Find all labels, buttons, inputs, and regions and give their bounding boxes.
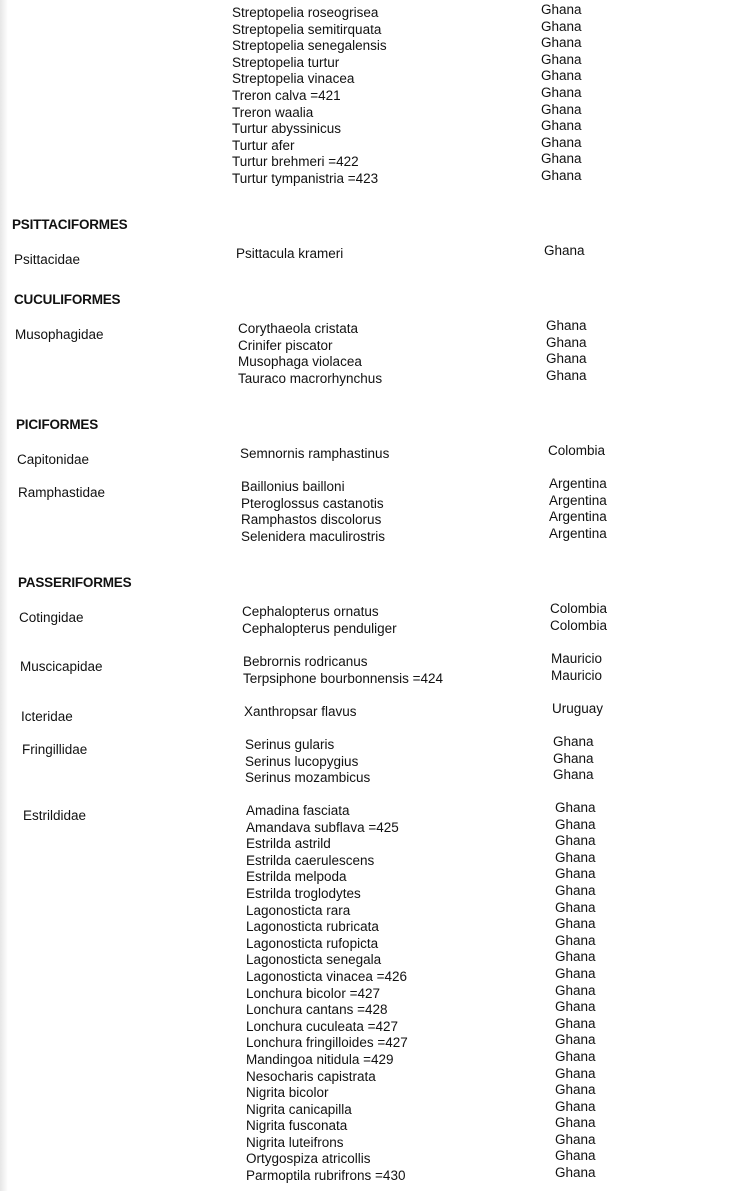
country-name: Ghana (555, 983, 596, 1000)
order-heading: PSITTACIFORMES (12, 217, 127, 232)
country-name: Ghana (541, 35, 582, 52)
country-name: Ghana (553, 734, 594, 751)
species-name: Estrilda troglodytes (246, 886, 408, 903)
country-name: Ghana (541, 151, 582, 168)
species-list: Amadina fasciataAmandava subflava =425Es… (246, 803, 408, 1185)
species-name: Nesocharis capistrata (246, 1069, 408, 1086)
species-name: Pteroglossus castanotis (241, 496, 385, 513)
order-heading: CUCULIFORMES (14, 292, 120, 307)
species-name: Lagonosticta rara (246, 903, 408, 920)
country-name: Ghana (555, 800, 596, 817)
species-name: Corythaeola cristata (238, 321, 382, 338)
country-list: Ghana (544, 243, 585, 260)
species-name: Lonchura cuculeata =427 (246, 1019, 408, 1036)
species-name: Ortygospiza atricollis (246, 1151, 408, 1168)
country-name: Ghana (555, 949, 596, 966)
country-name: Colombia (550, 618, 607, 635)
species-name: Streptopelia senegalensis (232, 38, 387, 55)
country-list: Colombia (548, 443, 605, 460)
species-name: Lonchura bicolor =427 (246, 986, 408, 1003)
species-name: Musophaga violacea (238, 354, 382, 371)
country-name: Ghana (541, 2, 582, 19)
species-name: Serinus mozambicus (245, 770, 370, 787)
country-name: Mauricio (551, 651, 602, 668)
country-name: Ghana (555, 1032, 596, 1049)
species-name: Selenidera maculirostris (241, 529, 385, 546)
country-list: Uruguay (552, 701, 603, 718)
country-name: Ghana (555, 1066, 596, 1083)
country-name: Ghana (541, 135, 582, 152)
country-list: GhanaGhanaGhanaGhana (546, 318, 587, 384)
species-name: Amandava subflava =425 (246, 820, 408, 837)
country-name: Argentina (549, 509, 607, 526)
species-name: Turtur tympanistria =423 (232, 171, 387, 188)
country-name: Ghana (555, 1132, 596, 1149)
country-name: Ghana (544, 243, 585, 260)
country-name: Argentina (549, 526, 607, 543)
species-name: Baillonius bailloni (241, 479, 385, 496)
species-name: Lonchura fringilloides =427 (246, 1035, 408, 1052)
family-label: Estrildidae (23, 808, 86, 823)
country-name: Ghana (555, 883, 596, 900)
country-name: Ghana (555, 1099, 596, 1116)
country-name: Ghana (546, 335, 587, 352)
species-name: Streptopelia turtur (232, 55, 387, 72)
species-name: Tauraco macrorhynchus (238, 371, 382, 388)
species-name: Serinus lucopygius (245, 754, 370, 771)
species-name: Semnornis ramphastinus (240, 446, 389, 463)
species-list: Psittacula krameri (236, 246, 343, 263)
country-name: Ghana (541, 68, 582, 85)
species-list: Xanthropsar flavus (244, 704, 357, 721)
species-list: Cephalopterus ornatusCephalopterus pendu… (242, 604, 397, 637)
country-name: Ghana (555, 833, 596, 850)
country-name: Ghana (555, 999, 596, 1016)
species-name: Streptopelia vinacea (232, 71, 387, 88)
country-name: Argentina (549, 493, 607, 510)
country-name: Ghana (555, 900, 596, 917)
country-list: GhanaGhanaGhanaGhanaGhanaGhanaGhanaGhana… (555, 800, 596, 1182)
species-name: Turtur abyssinicus (232, 121, 387, 138)
country-name: Ghana (546, 368, 587, 385)
species-list: Corythaeola cristataCrinifer piscatorMus… (238, 321, 382, 387)
country-name: Colombia (548, 443, 605, 460)
species-name: Serinus gularis (245, 737, 370, 754)
species-name: Estrilda caerulescens (246, 853, 408, 870)
country-list: MauricioMauricio (551, 651, 602, 684)
country-name: Ghana (553, 767, 594, 784)
species-list: Streptopelia roseogriseaStreptopelia sem… (232, 5, 387, 188)
species-name: Parmoptila rubrifrons =430 (246, 1168, 408, 1185)
species-name: Nigrita bicolor (246, 1085, 408, 1102)
species-name: Turtur brehmeri =422 (232, 154, 387, 171)
country-name: Uruguay (552, 701, 603, 718)
country-name: Ghana (541, 52, 582, 69)
species-name: Cephalopterus penduliger (242, 621, 397, 638)
country-name: Ghana (555, 817, 596, 834)
country-name: Mauricio (551, 668, 602, 685)
species-name: Mandingoa nitidula =429 (246, 1052, 408, 1069)
species-name: Treron waalia (232, 105, 387, 122)
country-name: Ghana (555, 850, 596, 867)
country-list: GhanaGhanaGhanaGhanaGhanaGhanaGhanaGhana… (541, 2, 582, 185)
order-heading: PICIFORMES (16, 417, 98, 432)
species-name: Estrilda melpoda (246, 869, 408, 886)
country-name: Colombia (550, 601, 607, 618)
species-name: Lagonosticta vinacea =426 (246, 969, 408, 986)
country-name: Argentina (549, 476, 607, 493)
country-name: Ghana (555, 1148, 596, 1165)
family-label: Muscicapidae (20, 659, 103, 674)
species-name: Ramphastos discolorus (241, 512, 385, 529)
country-name: Ghana (541, 85, 582, 102)
country-name: Ghana (555, 1165, 596, 1182)
species-name: Nigrita luteifrons (246, 1135, 408, 1152)
order-heading: PASSERIFORMES (18, 575, 131, 590)
species-name: Terpsiphone bourbonnensis =424 (243, 671, 443, 688)
country-name: Ghana (555, 1082, 596, 1099)
country-name: Ghana (546, 351, 587, 368)
country-name: Ghana (546, 318, 587, 335)
species-name: Bebrornis rodricanus (243, 654, 443, 671)
species-name: Treron calva =421 (232, 88, 387, 105)
species-list: Bebrornis rodricanusTerpsiphone bourbonn… (243, 654, 443, 687)
country-list: ArgentinaArgentinaArgentinaArgentina (549, 476, 607, 542)
species-list: Semnornis ramphastinus (240, 446, 389, 463)
country-name: Ghana (541, 19, 582, 36)
species-name: Streptopelia semitirquata (232, 22, 387, 39)
species-name: Lonchura cantans =428 (246, 1002, 408, 1019)
country-name: Ghana (541, 102, 582, 119)
species-name: Estrilda astrild (246, 836, 408, 853)
species-name: Xanthropsar flavus (244, 704, 357, 721)
family-label: Icteridae (21, 709, 73, 724)
species-name: Lagonosticta senegala (246, 952, 408, 969)
species-name: Psittacula krameri (236, 246, 343, 263)
country-name: Ghana (555, 1049, 596, 1066)
family-label: Fringillidae (22, 742, 87, 757)
family-label: Ramphastidae (18, 485, 105, 500)
species-name: Nigrita canicapilla (246, 1102, 408, 1119)
country-name: Ghana (555, 916, 596, 933)
species-name: Streptopelia roseogrisea (232, 5, 387, 22)
species-name: Nigrita fusconata (246, 1118, 408, 1135)
country-name: Ghana (541, 118, 582, 135)
page-edge-shadow (0, 0, 8, 1191)
country-name: Ghana (555, 1115, 596, 1132)
family-label: Musophagidae (15, 327, 104, 342)
family-label: Cotingidae (19, 610, 84, 625)
country-name: Ghana (555, 966, 596, 983)
species-list: Baillonius bailloniPteroglossus castanot… (241, 479, 385, 545)
country-name: Ghana (553, 751, 594, 768)
country-name: Ghana (555, 1016, 596, 1033)
country-list: ColombiaColombia (550, 601, 607, 634)
species-name: Amadina fasciata (246, 803, 408, 820)
species-name: Cephalopterus ornatus (242, 604, 397, 621)
family-label: Capitonidae (17, 452, 89, 467)
family-label: Psittacidae (14, 252, 80, 267)
species-name: Lagonosticta rubricata (246, 919, 408, 936)
species-name: Turtur afer (232, 138, 387, 155)
country-name: Ghana (541, 168, 582, 185)
species-name: Crinifer piscator (238, 338, 382, 355)
country-name: Ghana (555, 866, 596, 883)
country-name: Ghana (555, 933, 596, 950)
species-name: Lagonosticta rufopicta (246, 936, 408, 953)
country-list: GhanaGhanaGhana (553, 734, 594, 784)
species-list: Serinus gularisSerinus lucopygiusSerinus… (245, 737, 370, 787)
